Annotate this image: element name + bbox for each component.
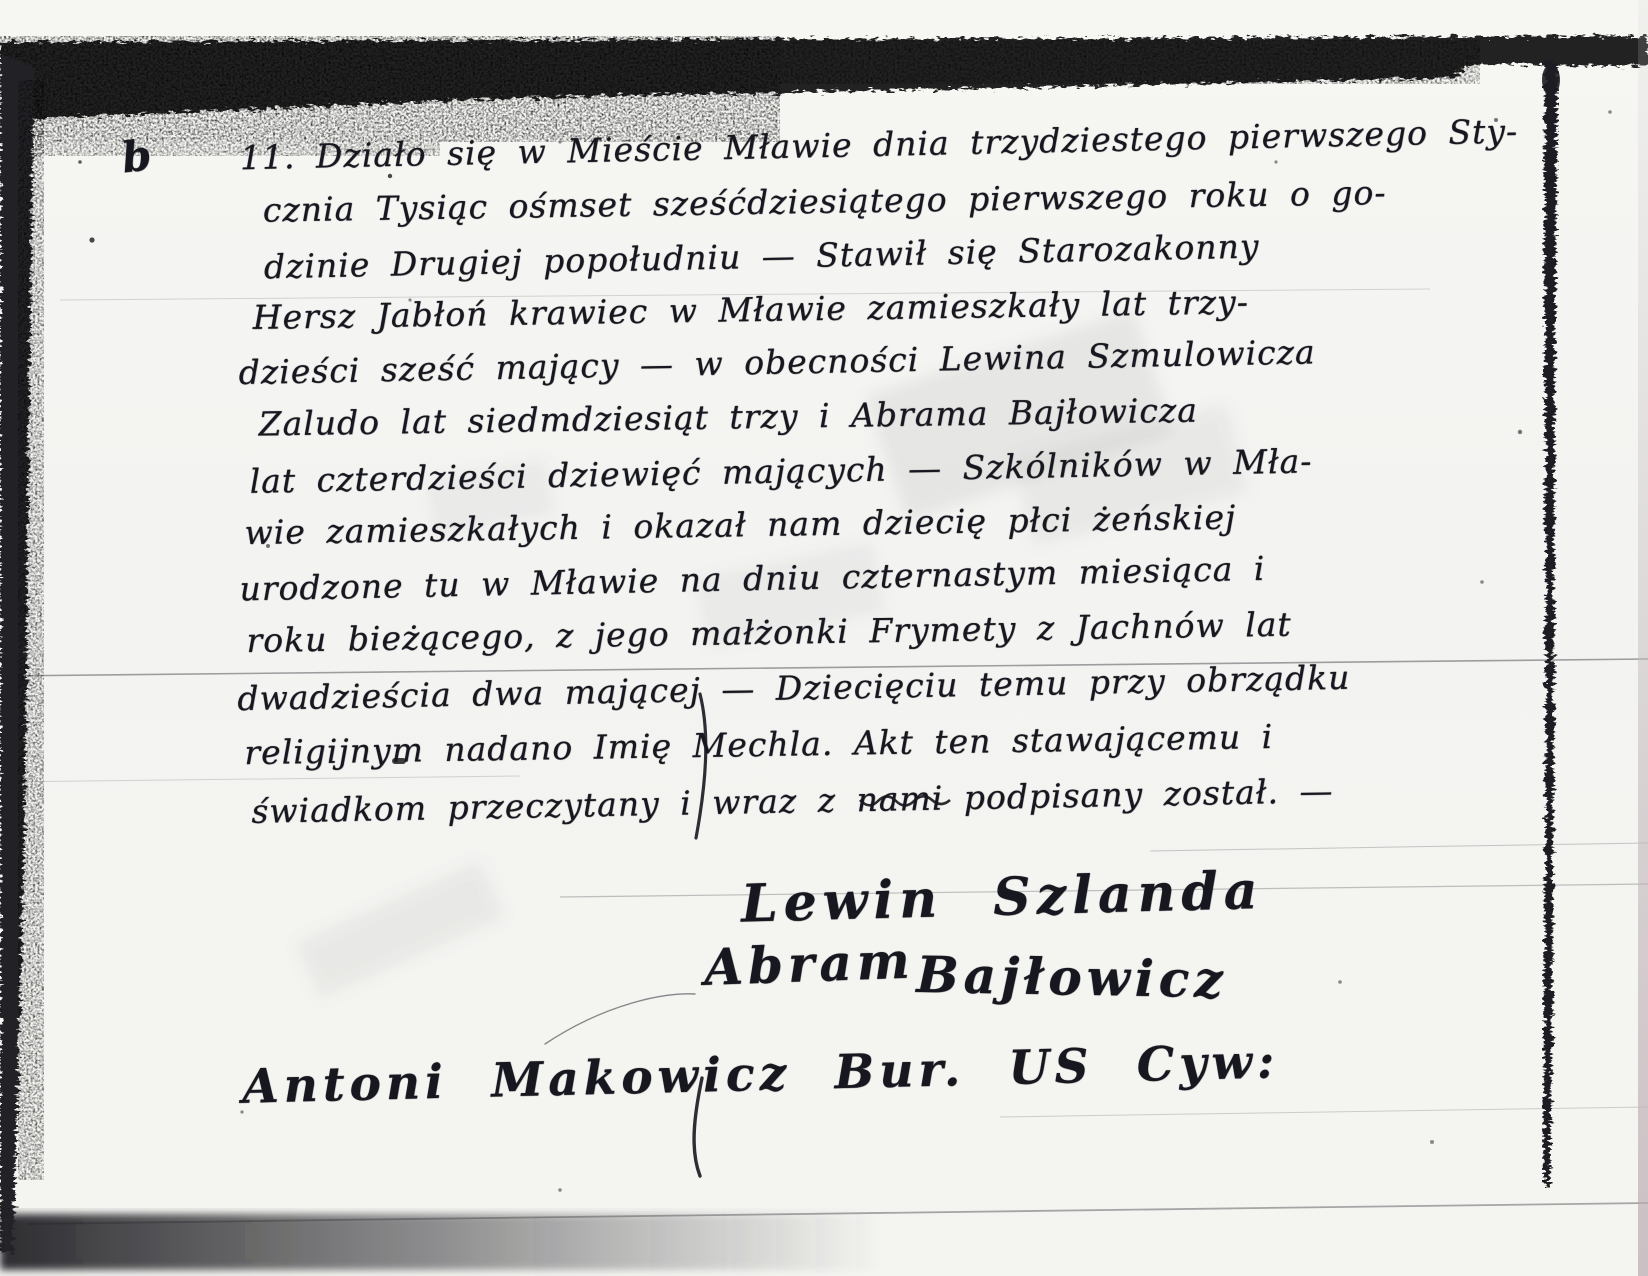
record-line-6: Zaludo lat siedmdziesiąt trzy i Abrama B… (258, 391, 1198, 444)
signature-witness-lewin: Lewin Szlanda (740, 860, 1264, 935)
record-line-12: religijnym nadano Imię Mechla. Akt ten s… (244, 717, 1273, 772)
record-line-3: dzinie Drugiej popołudniu — Stawił się S… (263, 226, 1259, 286)
document-page: b 11. Działo się w Mieście Mławie dnia t… (0, 0, 1648, 1276)
record-line-10: roku bieżącego, z jego małżonki Frymety … (246, 605, 1292, 660)
record-line-5: dzieści sześć mający — w obecności Lewin… (238, 332, 1316, 392)
record-line-1: 11. Działo się w Mieście Mławie dnia trz… (240, 111, 1519, 177)
record-line-7: lat czterdzieści dziewięć mających — Szk… (249, 441, 1313, 500)
record-line-8: wie zamieszkałych i okazał nam dziecię p… (244, 498, 1236, 553)
signature-witness-abram-given: Abram (703, 931, 915, 997)
margin-letter: b (119, 130, 154, 182)
record-line-9: urodzone tu w Mławie na dniu czternastym… (239, 549, 1266, 609)
record-line-13: świadkom przeczytany i wraz z nami podpi… (251, 771, 1334, 831)
record-line-11: dwadzieścia dwa mającej — Dziecięciu tem… (237, 658, 1351, 718)
record-line-4: Hersz Jabłoń krawiec w Mławie zamieszkał… (252, 282, 1249, 337)
signature-officiant: Antoni Makowicz Bur. US Cyw: (242, 1034, 1280, 1114)
record-line-2: cznia Tysiąc ośmset sześćdziesiątego pie… (263, 173, 1387, 230)
scanned-document: b 11. Działo się w Mieście Mławie dnia t… (0, 0, 1648, 1276)
signature-witness-abram-surname: Bajłowicz (916, 945, 1228, 1009)
